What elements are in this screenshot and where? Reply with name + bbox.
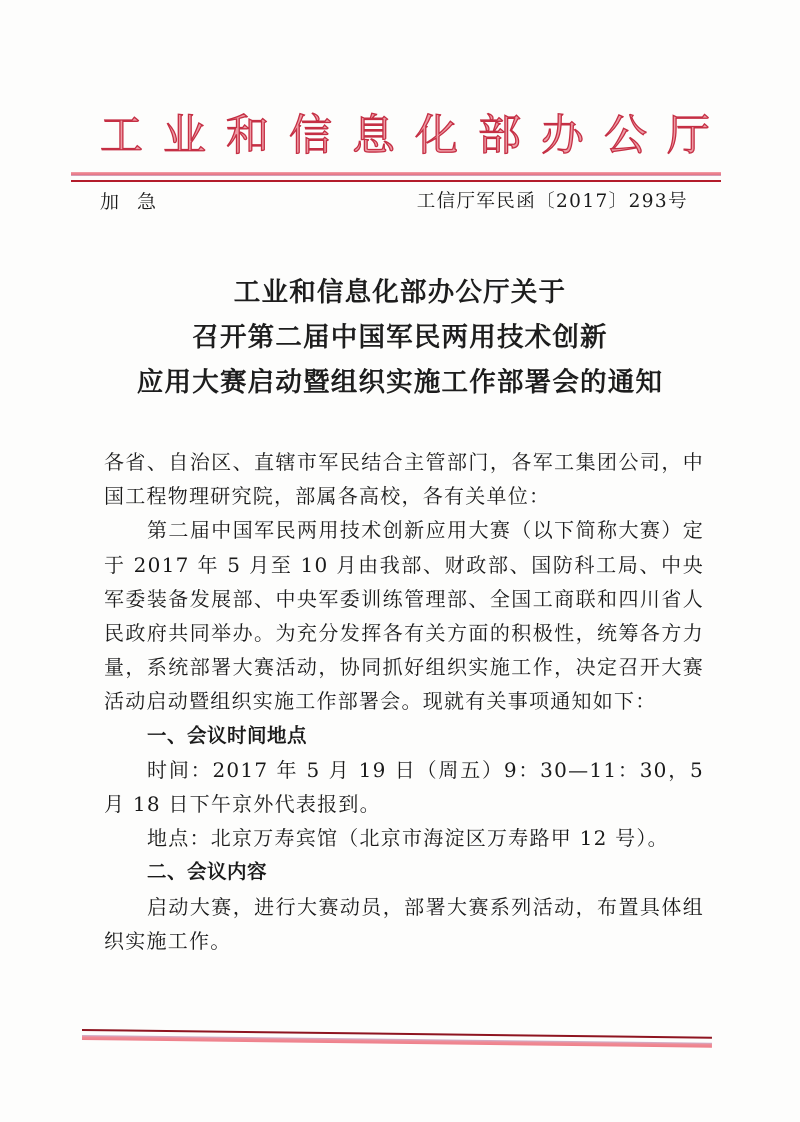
recipients-paragraph: 各省、自治区、直辖市军民结合主管部门，各军工集团公司，中国工程物理研究院，部属各… [104,445,704,513]
meeting-time-paragraph: 时间：2017 年 5 月 19 日（周五）9：30—11：30，5 月 18 … [104,753,704,821]
document-body: 各省、自治区、直辖市军民结合主管部门，各军工集团公司，中国工程物理研究院，部属各… [104,445,704,958]
section-heading-content: 二、会议内容 [104,855,704,889]
section-heading-time-place: 一、会议时间地点 [104,719,704,753]
letterhead-red-rule-thick [71,172,721,176]
letterhead-red-rule-thin [71,180,721,182]
meeting-content-paragraph: 启动大赛，进行大赛动员，部署大赛系列活动，布置具体组织实施工作。 [104,890,704,958]
title-line-2: 召开第二届中国军民两用技术创新 [0,315,800,360]
document-page: 工业和信息化部办公厅 加急 工信厅军民函〔2017〕293号 工业和信息化部办公… [0,0,800,1122]
document-title: 工业和信息化部办公厅关于 召开第二届中国军民两用技术创新 应用大赛启动暨组织实施… [0,270,800,405]
letterhead-org-title: 工业和信息化部办公厅 [100,108,700,164]
document-number: 工信厅军民函〔2017〕293号 [417,190,688,214]
meeting-place-paragraph: 地点：北京万寿宾馆（北京市海淀区万寿路甲 12 号）。 [104,821,704,855]
title-line-1: 工业和信息化部办公厅关于 [0,270,800,315]
title-line-3: 应用大赛启动暨组织实施工作部署会的通知 [0,360,800,405]
intro-paragraph: 第二届中国军民两用技术创新应用大赛（以下简称大赛）定于 2017 年 5 月至 … [104,513,704,718]
urgency-label: 加急 [100,190,174,214]
